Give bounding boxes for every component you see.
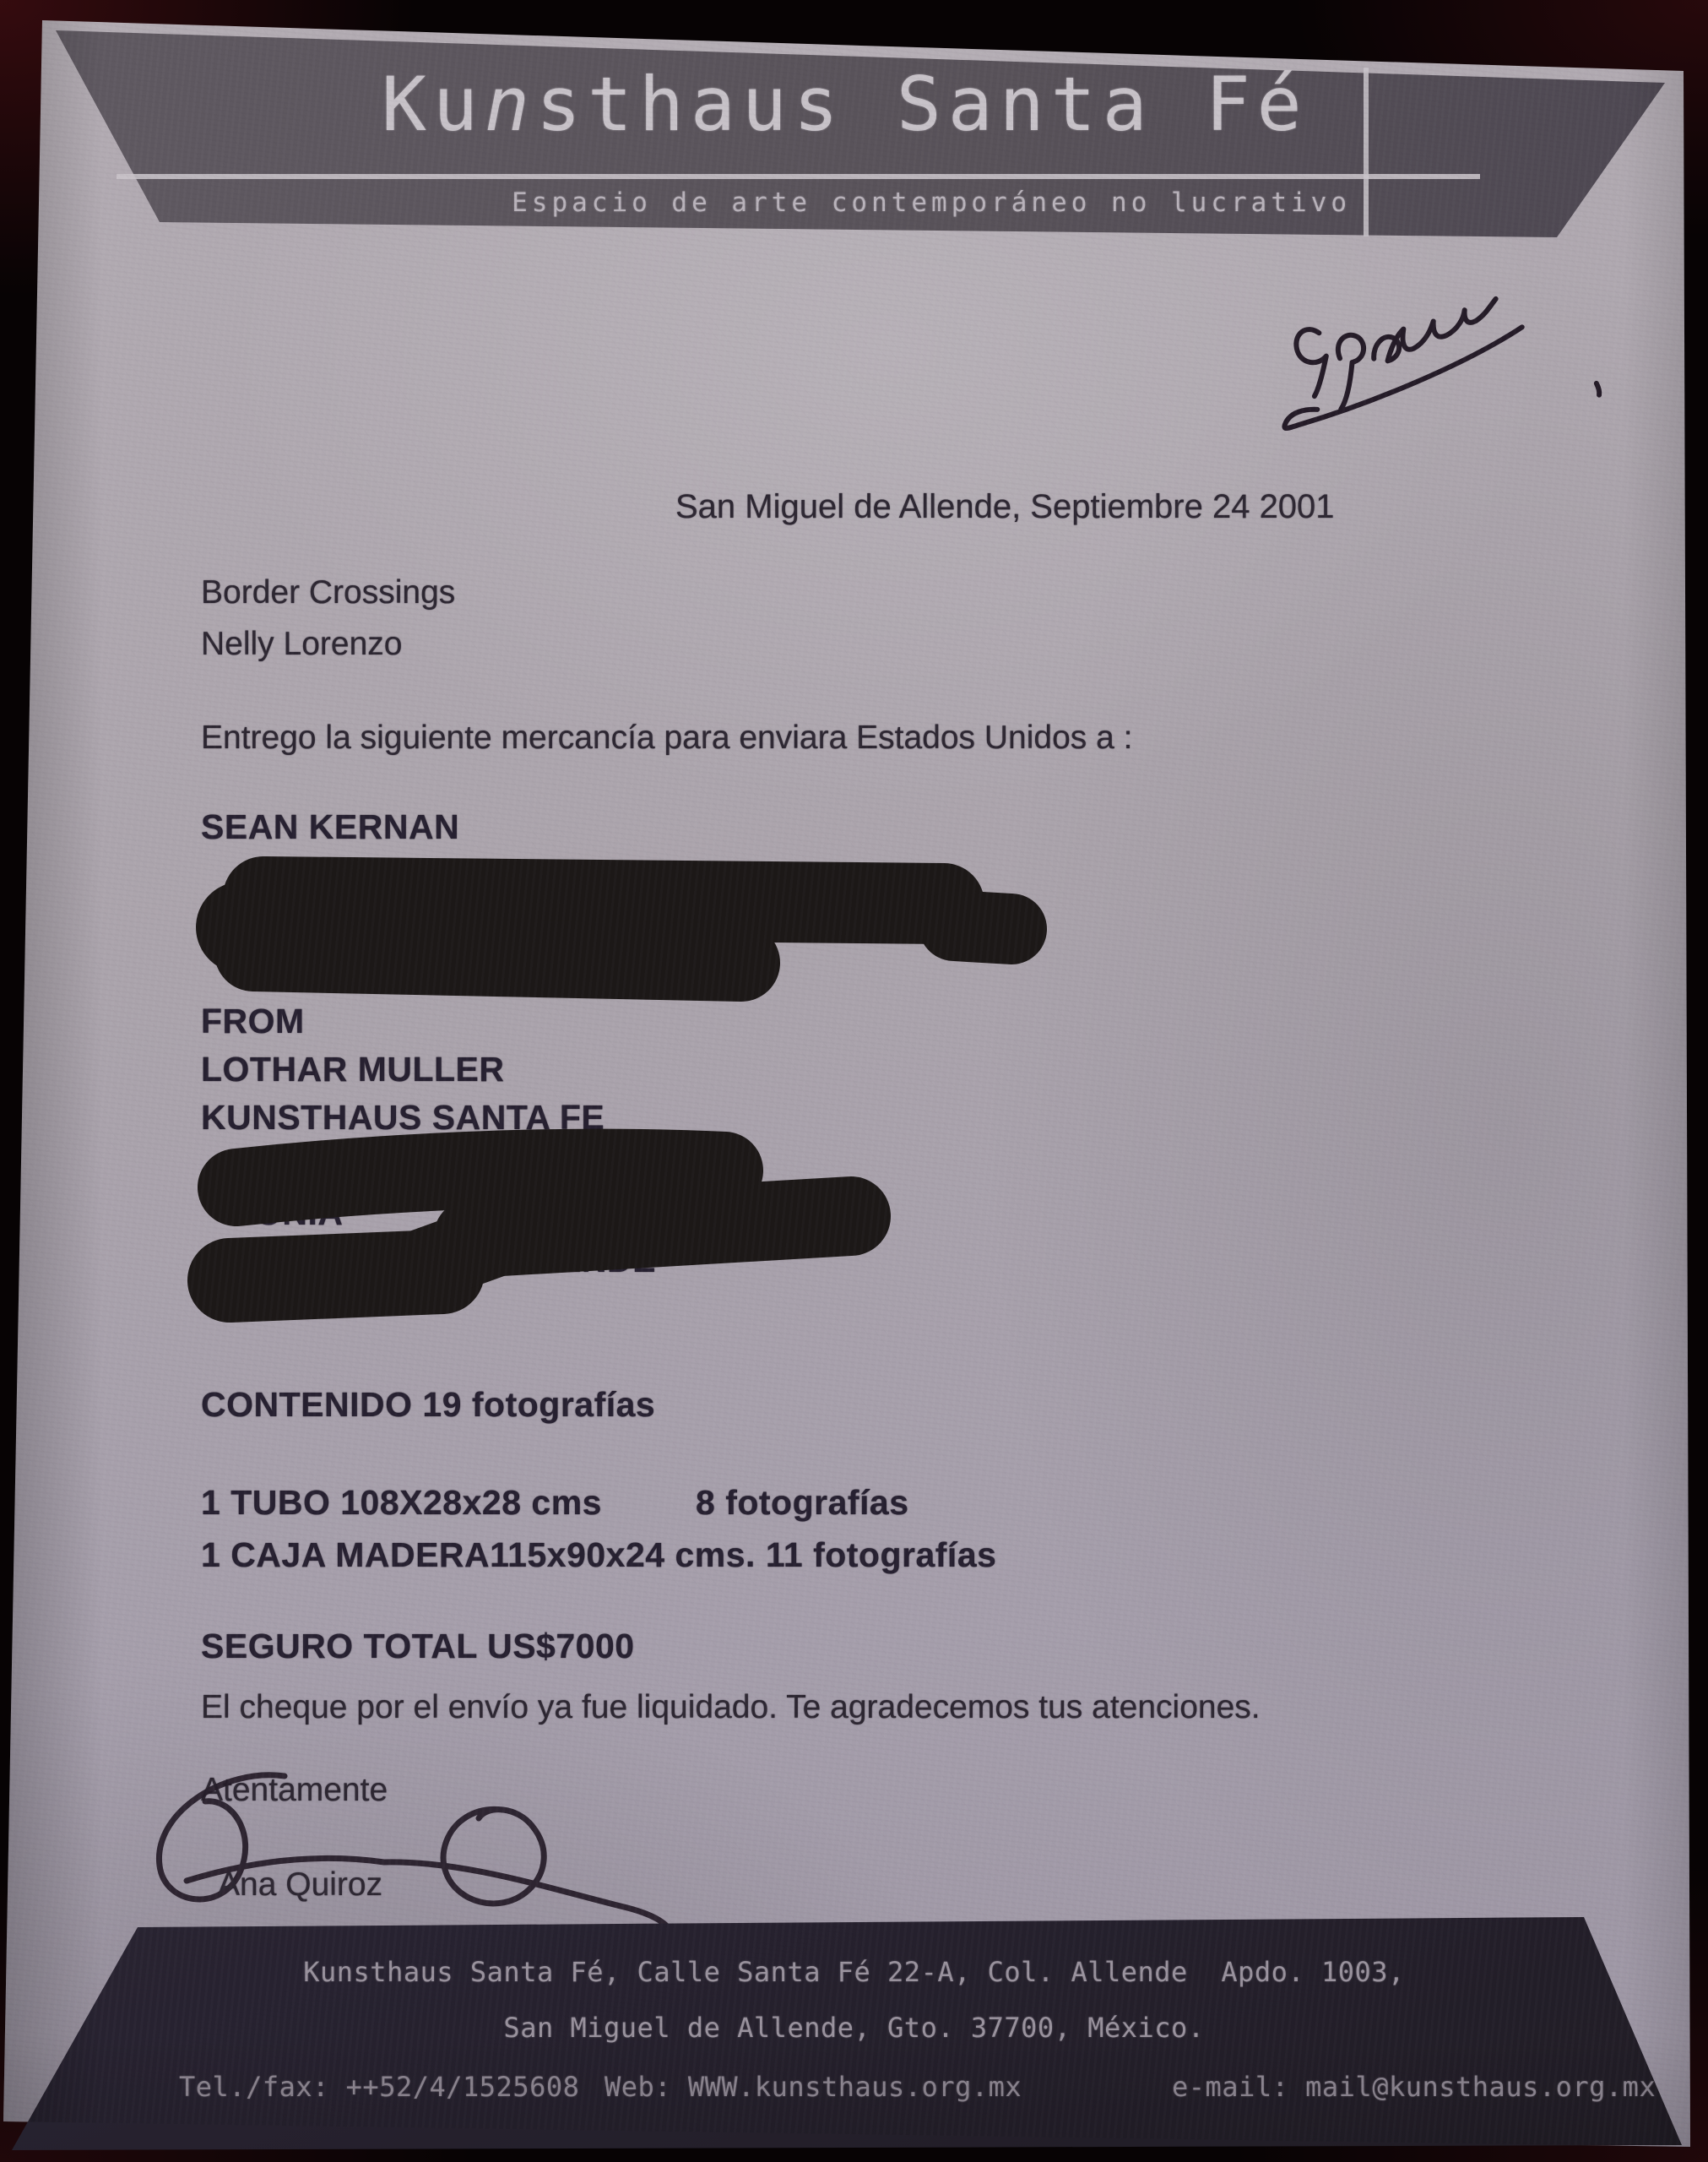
item-1-quantity: 8 fotografías xyxy=(696,1483,909,1523)
footer-address-line1: Kunsthaus Santa Fé, Calle Santa Fé 22-A,… xyxy=(0,1956,1708,1988)
item-2-description: 1 CAJA MADERA115x90x24 cms. xyxy=(201,1535,756,1574)
closing-note: El cheque por el envío ya fue liquidado.… xyxy=(201,1689,1261,1726)
redaction-sender-street xyxy=(236,1168,724,1187)
footer-telfax: Tel./fax: ++52/4/1525608 xyxy=(179,2071,579,2103)
insurance-line: SEGURO TOTAL US$7000 xyxy=(201,1627,635,1666)
footer-email: e-mail: mail@kunsthaus.org.mx xyxy=(1172,2071,1656,2103)
photo-of-letter: { "header": { "title_pre": "Ku", "title_… xyxy=(0,0,1708,2162)
item-2-quantity: 11 fotografías xyxy=(766,1535,997,1574)
contents-heading: CONTENIDO 19 fotografías xyxy=(201,1385,655,1425)
item-2-line: 1 CAJA MADERA115x90x24 cms. 11 fotografí… xyxy=(201,1535,996,1575)
redaction-consignee-address xyxy=(241,897,1011,963)
signer-name: Ana Quiroz xyxy=(218,1866,382,1904)
redaction-sender-colonia xyxy=(230,1216,851,1280)
item-1-description: 1 TUBO 108X28x28 cms xyxy=(201,1483,602,1523)
footer-web: Web: WWW.kunsthaus.org.mx xyxy=(605,2071,1022,2103)
footer-address-line2: San Miguel de Allende, Gto. 37700, Méxic… xyxy=(0,2012,1708,2044)
